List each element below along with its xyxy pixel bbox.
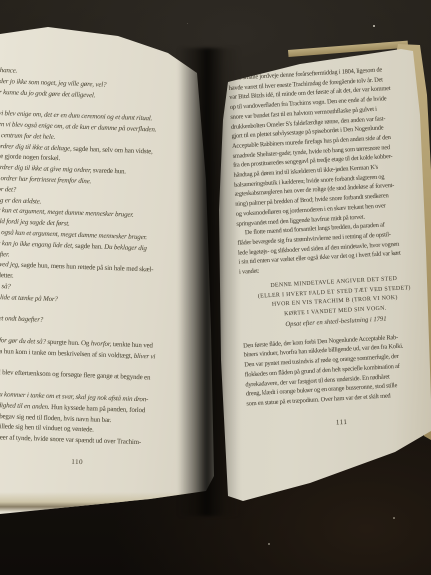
italic-text-segment: der jo ikke som noget, jeg ville gøre, v… xyxy=(0,78,106,89)
right-page-paragraph-2: De flotte mænd stod forsamlet langs bred… xyxy=(237,219,427,278)
roman-text-segment: i vandet: xyxy=(239,268,260,276)
dust-speck xyxy=(187,23,188,24)
roman-text-segment: ailletter. xyxy=(0,272,14,280)
right-page-paragraph-3: Den første flåde, der kom forbi Den Noge… xyxy=(243,331,431,409)
left-page-lines: hance.der jo ikke som noget, jeg ville g… xyxy=(0,66,192,450)
italic-text-segment: jeg er den ældste. xyxy=(0,196,41,205)
italic-text-segment: i centrum for det hele. xyxy=(0,132,55,141)
left-page-text: hance.der jo ikke som noget, jeg ville g… xyxy=(0,66,192,471)
roman-text-segment: an stillede sig hen til vinduet og vente… xyxy=(0,423,94,434)
roman-text-segment: svarede hun. xyxy=(93,167,126,175)
italic-text-segment: ordrer dig til ikke at deltage, xyxy=(0,143,73,153)
italic-text-segment: bliver vi xyxy=(134,353,156,361)
italic-text-segment: du kan jo ikke engang lide det, xyxy=(0,240,75,250)
book-photo: hance.der jo ikke som noget, jeg ville g… xyxy=(0,0,431,575)
italic-text-segment: e ordrer har fortrinsret fremfor dine. xyxy=(0,175,91,185)
italic-text-segment: hance. xyxy=(0,67,17,75)
italic-text-segment: du lide at tænke på Mor? xyxy=(0,294,58,303)
right-page-paragraph-1: brods smalle jordveje denne forårsefterm… xyxy=(228,64,424,230)
roman-text-segment: tænkte hun ved xyxy=(111,341,153,349)
roman-text-segment: sagde han, selv om han vidste, xyxy=(73,145,153,155)
italic-text-segment: gefter. xyxy=(0,250,10,258)
italic-text-segment: et ved jeg, xyxy=(0,261,21,269)
roman-text-segment: spurgte hun. Og xyxy=(47,339,91,348)
roman-text-segment: ke gjorde nogen forskel. xyxy=(0,153,60,162)
italic-text-segment: Du beklager dig xyxy=(104,243,147,251)
left-page-number: 110 xyxy=(0,454,168,471)
dust-speck xyxy=(373,25,375,27)
dust-speck xyxy=(393,517,395,519)
italic-text-segment: hvorfor, xyxy=(91,340,112,348)
right-page-number: 111 xyxy=(248,413,431,433)
right-page-text: brods smalle jordveje denne forårsefterm… xyxy=(228,64,431,433)
italic-text-segment: værdighed til en anden. xyxy=(0,401,51,410)
italic-text-segment: for det? xyxy=(0,186,16,194)
italic-text-segment: fald fordi jeg sagde det først. xyxy=(0,218,70,228)
italic-text-segment: ordrer dig til ikke at give mig ordrer, xyxy=(0,164,93,174)
dust-speck xyxy=(268,543,270,545)
italic-text-segment: for så? xyxy=(0,283,11,291)
italic-text-segment: vorfor gør du det så? xyxy=(0,337,48,346)
italic-text-segment: r det ondt bagefter? xyxy=(0,315,43,324)
italic-text-segment: r kunne du jo godt gøre det alligevel. xyxy=(0,89,95,99)
roman-text-segment: Hun kyssede ham på panden, forlod xyxy=(51,404,145,414)
roman-text-segment: sagde han. xyxy=(75,242,104,250)
memorial-plaque-text: DENNE MINDETAVLE ANGIVER DET STED(ELLER … xyxy=(240,273,430,332)
